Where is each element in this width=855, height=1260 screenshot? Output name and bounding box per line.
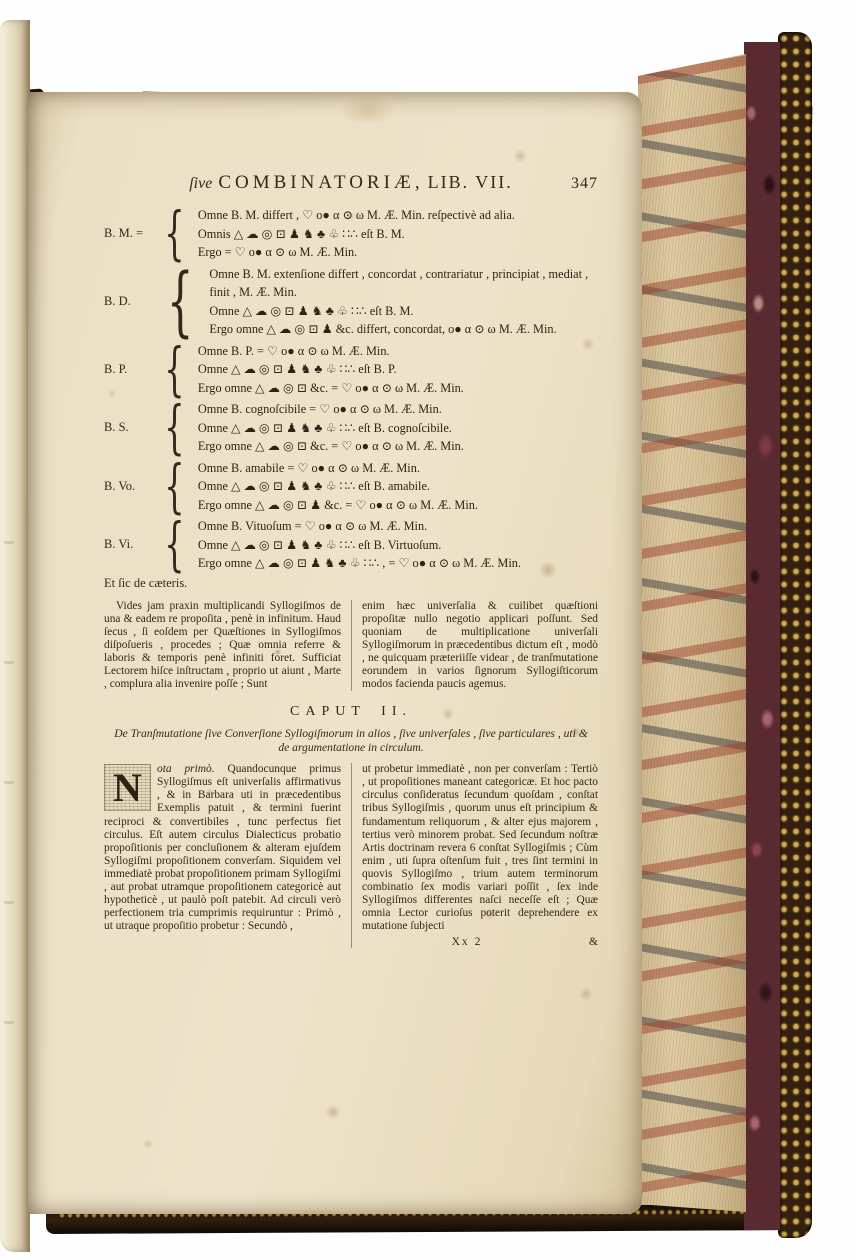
formula-line: Omnis △ ☁ ◎ ⊡ ♟ ♞ ♣ ♧ ∷∴ eſt B. M. xyxy=(198,225,598,244)
book-photograph: ſiveCOMBINATORIÆ,LIB. VII. 347 B. M. = O… xyxy=(0,0,855,1260)
catchword: & xyxy=(572,935,598,948)
body-column-right: ut probetur immediatè , non per converſa… xyxy=(351,763,598,948)
formula-line: Omne B. M. differt , ♡ o● α ⊙ ω M. Æ. Mi… xyxy=(198,206,598,225)
page-header: ſiveCOMBINATORIÆ,LIB. VII. 347 xyxy=(104,172,598,198)
block-label: B. S. xyxy=(104,420,156,435)
block-label: B. M. = xyxy=(104,226,156,241)
block-label: B. Vo. xyxy=(104,479,156,494)
formula-line: Omne △ ☁ ◎ ⊡ ♟ ♞ ♣ ♧ ∷∴ eſt B. amabile. xyxy=(198,477,598,496)
formula-lines: Omne B. cognoſcibile = ♡ o● α ⊙ ω M. Æ. … xyxy=(198,400,598,456)
formula-line: Ergo omne △ ☁ ◎ ⊡ ♟ &c. = ♡ o● α ⊙ ω M. … xyxy=(198,496,598,515)
formula-line: Omne △ ☁ ◎ ⊡ ♟ ♞ ♣ ♧ ∷∴ eſt B. P. xyxy=(198,360,598,379)
block-label: B. D. xyxy=(104,294,156,309)
formula-line: Omne B. Vituoſum = ♡ o● α ⊙ ω M. Æ. Min. xyxy=(198,517,598,536)
syllogism-block-bm: B. M. = Omne B. M. differt , ♡ o● α ⊙ ω … xyxy=(104,206,598,262)
formula-line: Ergo = ♡ o● α ⊙ ω M. Æ. Min. xyxy=(198,243,598,262)
speckled-fore-edge xyxy=(638,54,746,1212)
formula-line: Omne △ ☁ ◎ ⊡ ♟ ♞ ♣ ♧ ∷∴ eſt B. M. xyxy=(209,302,598,321)
formula-lines: Omne B. amabile = ♡ o● α ⊙ ω M. Æ. Min. … xyxy=(198,459,598,515)
formula-lines: Omne B. M. differt , ♡ o● α ⊙ ω M. Æ. Mi… xyxy=(198,206,598,262)
body-column-left: Nota primò. Quandocunque primus Syllogiſ… xyxy=(104,763,351,948)
page-number: 347 xyxy=(571,175,598,193)
drop-cap-initial: N xyxy=(104,764,151,811)
formula-lines: Omne B. P. = ♡ o● α ⊙ ω M. Æ. Min. Omne … xyxy=(198,342,598,398)
formula-lines: Omne B. Vituoſum = ♡ o● α ⊙ ω M. Æ. Min.… xyxy=(198,517,598,573)
formula-line: Ergo omne △ ☁ ◎ ⊡ ♟ ♞ ♣ ♧ ∷∴ , = ♡ o● α … xyxy=(198,554,598,573)
formula-line: Omne B. amabile = ♡ o● α ⊙ ω M. Æ. Min. xyxy=(198,459,598,478)
block-label: B. P. xyxy=(104,362,156,377)
syllogism-table: B. M. = Omne B. M. differt , ♡ o● α ⊙ ω … xyxy=(104,206,598,573)
header-book-number: LIB. VII. xyxy=(428,172,513,192)
gilt-binding-edge xyxy=(778,32,812,1238)
formula-line: Omne B. P. = ♡ o● α ⊙ ω M. Æ. Min. xyxy=(198,342,598,361)
formula-line: Omne B. M. extenſione differt , concorda… xyxy=(209,265,598,302)
header-title: COMBINATORIÆ, xyxy=(218,172,423,193)
syllogism-block-bvo: B. Vo. Omne B. amabile = ♡ o● α ⊙ ω M. Æ… xyxy=(104,459,598,515)
formula-line: Omne △ ☁ ◎ ⊡ ♟ ♞ ♣ ♧ ∷∴ eſt B. cognoſcib… xyxy=(198,419,598,438)
brace-icon xyxy=(164,462,184,511)
block-label: B. Vi. xyxy=(104,537,156,552)
syllogism-block-bvi: B. Vi. Omne B. Vituoſum = ♡ o● α ⊙ ω M. … xyxy=(104,517,598,573)
brace-icon xyxy=(164,209,184,258)
brace-icon xyxy=(167,269,194,334)
book-page: ſiveCOMBINATORIÆ,LIB. VII. 347 B. M. = O… xyxy=(28,92,642,1214)
formula-line: Omne △ ☁ ◎ ⊡ ♟ ♞ ♣ ♧ ∷∴ eſt B. Virtuoſum… xyxy=(198,536,598,555)
syllogism-block-bd: B. D. Omne B. M. extenſione differt , co… xyxy=(104,265,598,339)
body-columns: Nota primò. Quandocunque primus Syllogiſ… xyxy=(104,763,598,948)
marbled-endpaper-strip xyxy=(744,42,780,1230)
syllogism-block-bp: B. P. Omne B. P. = ♡ o● α ⊙ ω M. Æ. Min.… xyxy=(104,342,598,398)
body-right-text: ut probetur immediatè , non per converſa… xyxy=(362,763,598,932)
previous-page-edge xyxy=(0,20,30,1252)
syllogism-block-bs: B. S. Omne B. cognoſcibile = ♡ o● α ⊙ ω … xyxy=(104,400,598,456)
formula-line: Ergo omne △ ☁ ◎ ⊡ ♟ &c. differt, concord… xyxy=(209,320,598,339)
signature-mark: Xx 2 xyxy=(362,935,572,948)
formula-line: Ergo omne △ ☁ ◎ ⊡ &c. = ♡ o● α ⊙ ω M. Æ.… xyxy=(198,379,598,398)
brace-icon xyxy=(164,403,184,452)
intro-column-left: Vides jam praxin multiplicandi Syllogiſm… xyxy=(104,600,351,692)
chapter-subtitle: De Tranſmutatione ſive Converſione Syllo… xyxy=(114,727,588,754)
header-prefix: ſive xyxy=(189,175,212,192)
chapter-heading: CAPUT II. xyxy=(104,704,598,720)
formula-line: Omne B. cognoſcibile = ♡ o● α ⊙ ω M. Æ. … xyxy=(198,400,598,419)
intro-columns: Vides jam praxin multiplicandi Syllogiſm… xyxy=(104,600,598,692)
intro-column-right: enim hæc univerſalia & cuilibet quæſtion… xyxy=(351,600,598,692)
formula-line: Ergo omne △ ☁ ◎ ⊡ &c. = ♡ o● α ⊙ ω M. Æ.… xyxy=(198,437,598,456)
brace-icon xyxy=(164,520,184,569)
signature-row: Xx 2 & xyxy=(362,935,598,948)
body-lead-italic: ota primò. xyxy=(157,763,215,775)
brace-icon xyxy=(164,345,184,394)
formula-lines: Omne B. M. extenſione differt , concorda… xyxy=(209,265,598,339)
page-content: ſiveCOMBINATORIÆ,LIB. VII. 347 B. M. = O… xyxy=(104,172,598,948)
